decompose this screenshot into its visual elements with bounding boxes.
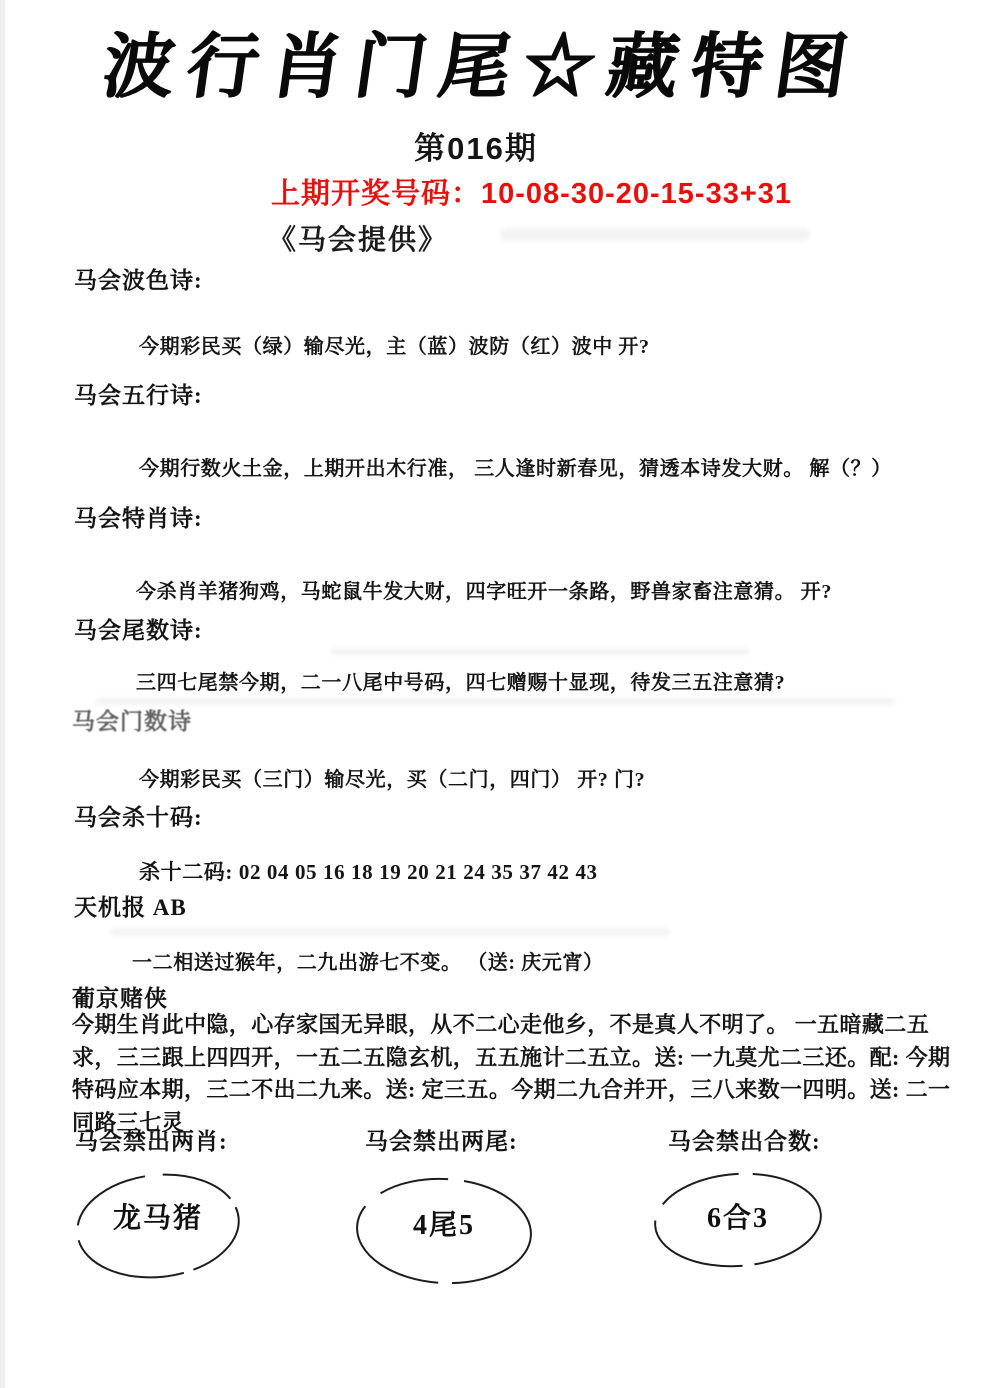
five-element-poem-label: 马会五行诗: bbox=[74, 377, 203, 410]
forbidden-sum-label: 马会禁出合数: bbox=[668, 1123, 821, 1156]
scan-edge-shadow bbox=[0, 0, 5, 1388]
wave-color-poem-text: 今期彩民买（绿）输尽光，主（蓝）波防（红）波中 开? bbox=[139, 330, 650, 359]
tail-number-poem-text: 三四七尾禁今期，二一八尾中号码，四七赠赐十显现，待发三五注意猜? bbox=[136, 666, 785, 695]
tail-number-poem-label: 马会尾数诗: bbox=[74, 612, 203, 645]
tianji-report-text: 一二相送过猴年，二九出游七不变。 （送: 庆元宵） bbox=[132, 946, 604, 975]
kill-codes-label: 马会杀十码: bbox=[74, 799, 203, 832]
lottery-sheet: 波行肖门尾☆藏特图 第016期 上期开奖号码：10-08-30-20-15-33… bbox=[0, 0, 981, 1388]
gate-number-poem-label: 马会门数诗 bbox=[72, 703, 192, 736]
forbidden-zodiac-value: 龙马猪 bbox=[70, 1196, 246, 1236]
last-draw-numbers: 上期开奖号码：10-08-30-20-15-33+31 bbox=[271, 171, 792, 212]
provider-caption: 《马会提供》 bbox=[268, 218, 448, 258]
wave-color-poem-label: 马会波色诗: bbox=[74, 262, 203, 295]
pujing-gambler-text: 今期生肖此中隐，心存家国无异眼，从不二心走他乡，不是真人不明了。 一五暗藏二五求… bbox=[72, 1009, 968, 1139]
gate-number-poem-text: 今期彩民买（三门）输尽光，买（二门，四门） 开? 门? bbox=[139, 763, 645, 792]
special-zodiac-poem-label: 马会特肖诗: bbox=[74, 500, 203, 533]
forbidden-zodiac-label: 马会禁出两肖: bbox=[75, 1123, 228, 1156]
five-element-poem-text: 今期行数火土金，上期开出木行准， 三人逢时新春见，猜透本诗发大财。 解（？） bbox=[139, 452, 892, 481]
forbidden-tail-value: 4尾5 bbox=[350, 1203, 538, 1243]
special-zodiac-poem-text: 今杀肖羊猪狗鸡，马蛇鼠牛发大财，四字旺开一条路，野兽家畜注意猜。 开? bbox=[136, 575, 832, 604]
tianji-report-label: 天机报 AB bbox=[74, 889, 187, 922]
forbidden-sum-value: 6合3 bbox=[650, 1196, 826, 1236]
forbidden-tail-label: 马会禁出两尾: bbox=[365, 1123, 518, 1156]
scan-smudge bbox=[330, 648, 750, 655]
scan-smudge bbox=[110, 928, 670, 936]
issue-number: 第016期 bbox=[0, 123, 952, 168]
kill-codes-list: 杀十二码: 02 04 05 16 18 19 20 21 24 35 37 4… bbox=[139, 856, 598, 886]
scan-smudge bbox=[500, 228, 810, 241]
scan-smudge bbox=[95, 698, 895, 705]
page-title: 波行肖门尾☆藏特图 bbox=[0, 18, 969, 118]
